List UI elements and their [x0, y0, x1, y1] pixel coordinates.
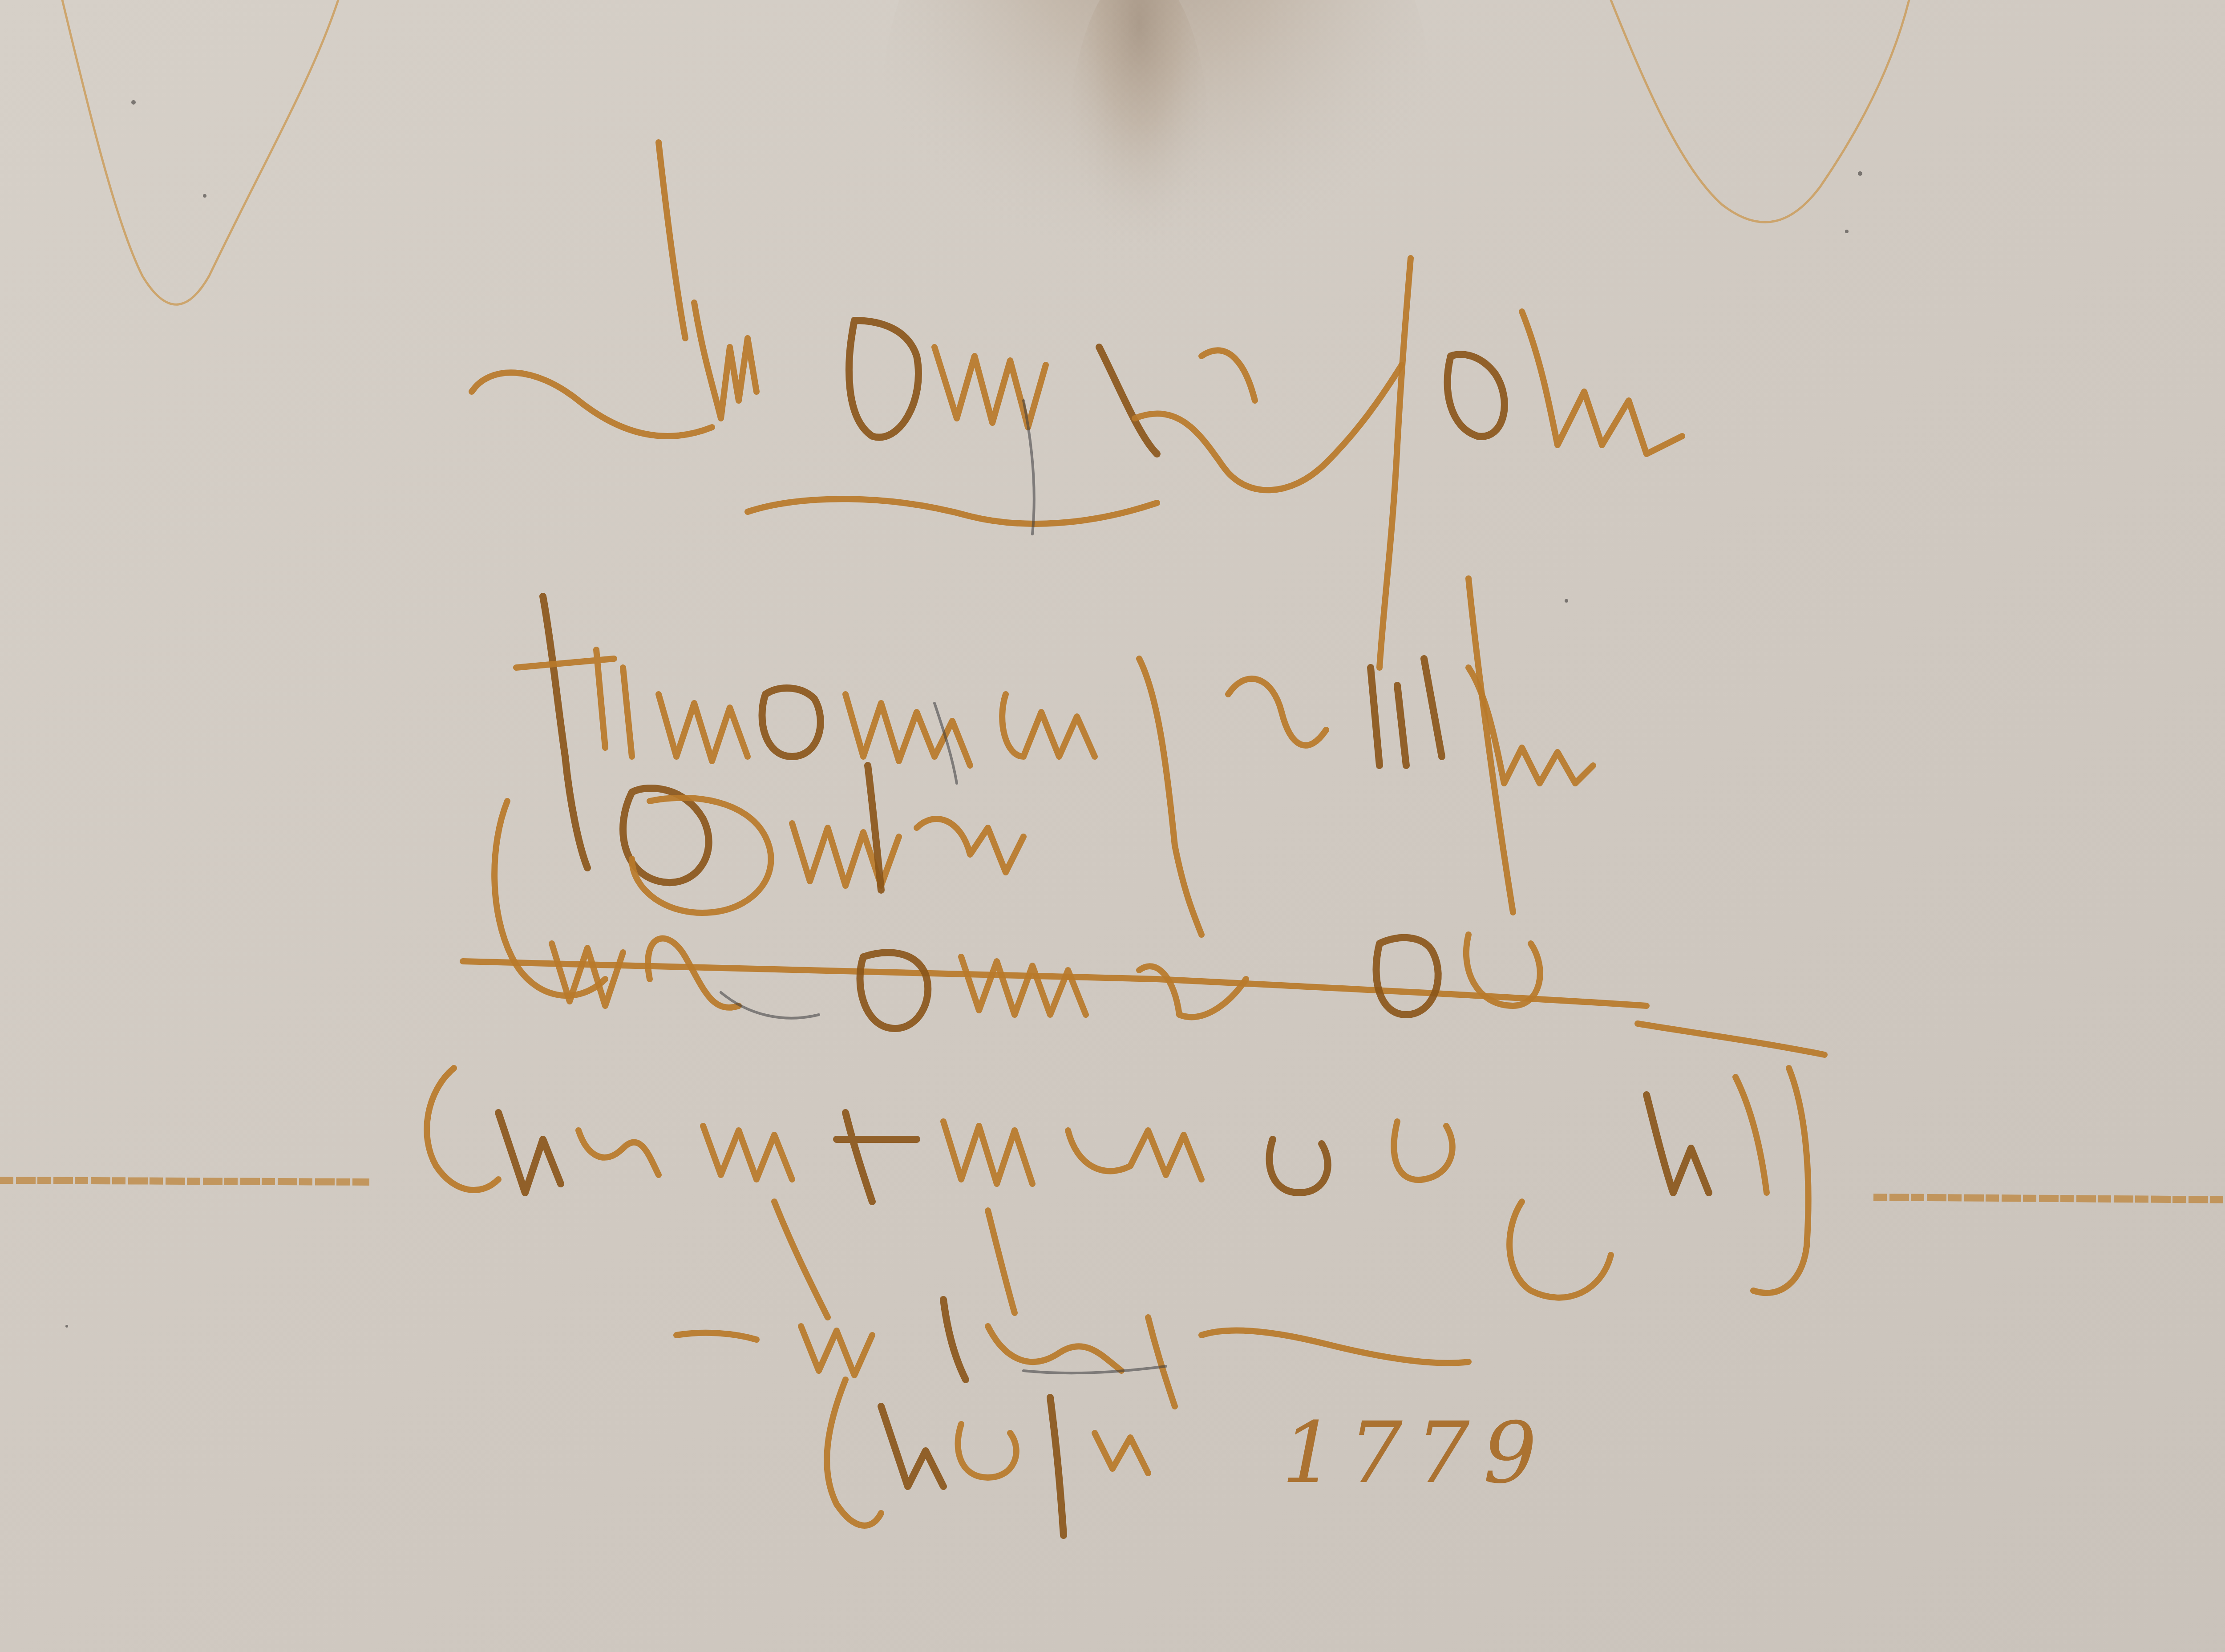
date-text: 1779 [1282, 1404, 1550, 1502]
calligraphy-drawing: 1779 [0, 0, 2225, 1652]
